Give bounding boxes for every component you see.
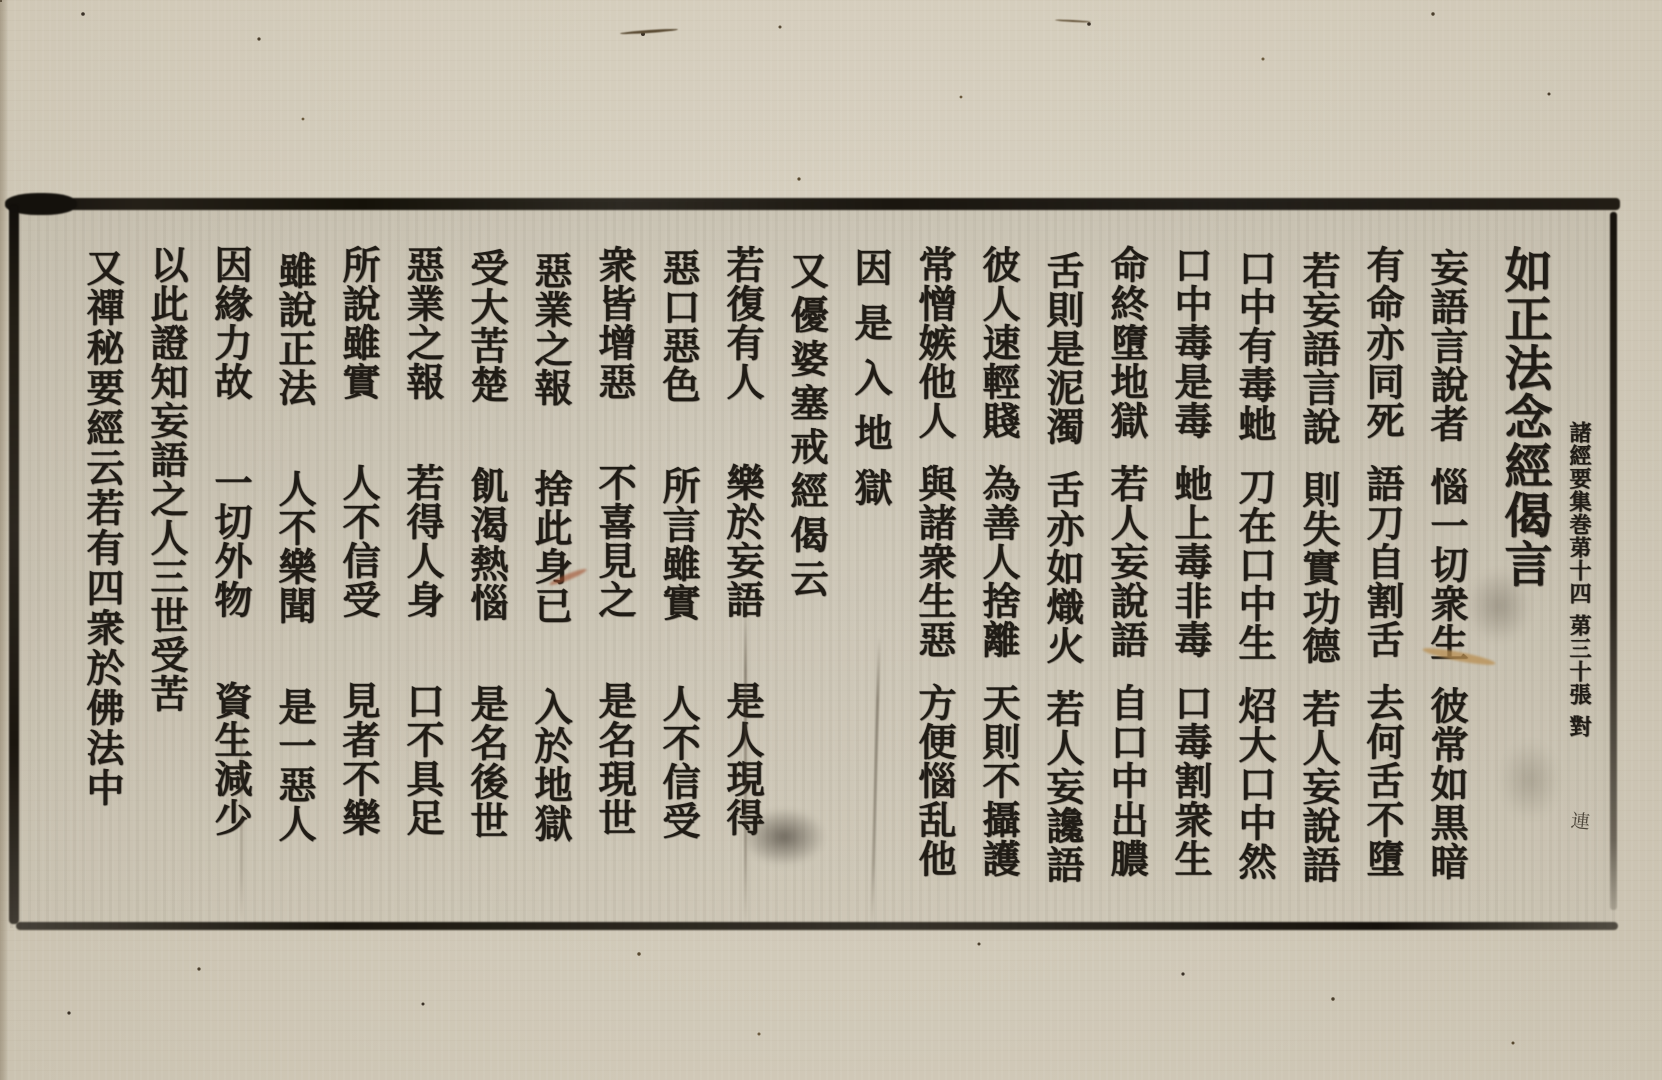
verse-group: 刀在口中生 (1232, 467, 1277, 662)
verse-group: 因緣力故 (208, 245, 253, 401)
text-column: 舌則是泥濁舌亦如熾火若人妄讒語 (1042, 251, 1082, 935)
text-column: 因緣力故一切外物資生減少 (210, 245, 250, 935)
verse-group: 若妄語言說 (1296, 251, 1341, 446)
verse-group: 若復有人 (720, 245, 765, 401)
verse-group: 若人妄說語 (1104, 464, 1149, 659)
text-column: 常憎嫉他人與諸衆生惡方便惱乱他 (914, 245, 954, 935)
verse-group: 入於地獄 (528, 687, 573, 843)
ink-smudge (742, 808, 826, 866)
verse-group: 又禪秘要經云若有四衆於佛法中 (80, 248, 125, 808)
verse-group: 語刀自割舌 (1360, 464, 1405, 659)
text-column: 惡口惡色所言雖實人不信受 (658, 248, 698, 935)
sutra-text-area: 諸經要集巻苐十四苐三十張對連如正法念經偈言妄語言說者惱一切衆生彼常如黒暗有命亦同… (58, 245, 1594, 935)
colophon-column: 諸經要集巻苐十四苐三十張對連 (1564, 251, 1594, 935)
verse-group: 若人妄讒語 (1040, 689, 1085, 884)
verse-group: 口中毒是毒 (1168, 245, 1213, 440)
verse-group: 是名後世 (464, 684, 509, 840)
text-column: 惡業之報捨此身已入於地獄 (530, 251, 570, 935)
verse-group: 自口中出膿 (1104, 683, 1149, 878)
paper-specks (0, 0, 2, 2)
text-column: 命終墮地獄若人妄說語自口中出膿 (1106, 245, 1146, 935)
text-column: 以此證知妄語之人三世受苦 (146, 245, 186, 935)
manuscript-page: 諸經要集巻苐十四苐三十張對連如正法念經偈言妄語言說者惱一切衆生彼常如黒暗有命亦同… (0, 0, 1662, 1080)
verse-group: 見者不樂 (336, 681, 381, 837)
text-column: 所說雖實人不信受見者不樂 (338, 245, 378, 935)
verse-group: 妄語言說者 (1424, 248, 1469, 443)
text-column: 妄語言說者惱一切衆生彼常如黒暗 (1426, 248, 1466, 935)
verse-group: 人不樂聞 (272, 469, 317, 625)
ink-smudge (1500, 740, 1560, 820)
text-column: 受大苦楚飢渴熱惱是名後世 (466, 248, 506, 935)
verse-group: 舌亦如熾火 (1040, 470, 1085, 665)
verse-group: 則失實功德 (1296, 470, 1341, 665)
verse-group: 以此證知妄語之人三世受苦 (144, 245, 189, 713)
text-column: 惡業之報若得人身口不具足 (402, 245, 442, 935)
verse-group: 有命亦同死 (1360, 245, 1405, 440)
text-column: 衆皆增惡不喜見之是名現世 (594, 245, 634, 935)
verse-group: 所言雖實 (656, 466, 701, 622)
verse-group: 不喜見之 (592, 463, 637, 619)
verse-group: 人不信受 (336, 463, 381, 619)
verse-group: 諸經要集巻苐十四 (1566, 421, 1592, 605)
verse-group: 苐三十張 (1566, 614, 1592, 706)
verse-group: 惱一切衆生 (1424, 467, 1469, 662)
text-column: 口中有毒虵刀在口中生炤大口中然 (1234, 248, 1274, 935)
verse-group: 受大苦楚 (464, 248, 509, 404)
verse-group: 樂於妄語 (720, 463, 765, 619)
text-column: 彼人速輕賤為善人捨離天則不攝護 (978, 245, 1018, 935)
frame-border-right (1610, 212, 1617, 910)
verse-group: 是名現世 (592, 681, 637, 837)
text-column: 若妄語言說則失實功德若人妄說語 (1298, 251, 1338, 935)
paper-crease (744, 598, 747, 928)
verse-group: 惡口惡色 (656, 248, 701, 404)
verse-group: 又優婆塞戒經偈云 (784, 251, 829, 603)
verse-group: 衆皆增惡 (592, 245, 637, 401)
verse-group: 資生減少 (208, 681, 253, 837)
verse-group: 方便惱乱他 (912, 683, 957, 878)
verse-group: 常憎嫉他人 (912, 245, 957, 440)
verse-group: 對 (1566, 715, 1592, 738)
verse-group: 若得人身 (400, 463, 445, 619)
verse-group: 去何舌不墮 (1360, 683, 1405, 878)
ink-smudge (1468, 570, 1530, 642)
text-column: 口中毒是毒虵上毒非毒口毒割衆生 (1170, 245, 1210, 935)
verse-group: 舌則是泥濁 (1040, 251, 1085, 446)
verse-group: 口不具足 (400, 681, 445, 837)
verse-group: 口中有毒虵 (1232, 248, 1277, 443)
verse-group: 所說雖實 (336, 245, 381, 401)
verse-group: 如正法念經偈言 (1496, 245, 1552, 588)
paper-fiber (620, 28, 678, 35)
verse-group: 虵上毒非毒 (1168, 464, 1213, 659)
verse-group: 因是入地獄 (848, 248, 893, 523)
verse-group: 口毒割衆生 (1168, 683, 1213, 878)
verse-group: 雖說正法 (272, 251, 317, 407)
paper-fiber (1055, 19, 1091, 23)
text-column: 有命亦同死語刀自割舌去何舌不墮 (1362, 245, 1402, 935)
verse-group: 人不信受 (656, 684, 701, 840)
verse-group: 一切外物 (208, 463, 253, 619)
handwritten-mark: 連 (1563, 809, 1595, 832)
verse-group: 為善人捨離 (976, 464, 1021, 659)
verse-group: 炤大口中然 (1232, 686, 1277, 881)
verse-group: 若人妄說語 (1296, 689, 1341, 884)
verse-group: 命終墮地獄 (1104, 245, 1149, 440)
verse-group: 惡業之報 (400, 245, 445, 401)
verse-group: 捨此身已 (528, 469, 573, 625)
paper-crease (240, 700, 243, 920)
verse-group: 惡業之報 (528, 251, 573, 407)
frame-border-top (8, 198, 1620, 210)
frame-border-left (9, 204, 19, 924)
text-column: 又禪秘要經云若有四衆於佛法中 (82, 248, 122, 935)
verse-group: 彼人速輕賤 (976, 245, 1021, 440)
verse-group: 彼常如黒暗 (1424, 686, 1469, 881)
verse-group: 飢渴熱惱 (464, 466, 509, 622)
verse-group: 天則不攝護 (976, 683, 1021, 878)
verse-group: 與諸衆生惡 (912, 464, 957, 659)
text-column: 因是入地獄 (850, 248, 890, 935)
text-column: 雖說正法人不樂聞是一惡人 (274, 251, 314, 935)
verse-group: 是一惡人 (272, 687, 317, 843)
